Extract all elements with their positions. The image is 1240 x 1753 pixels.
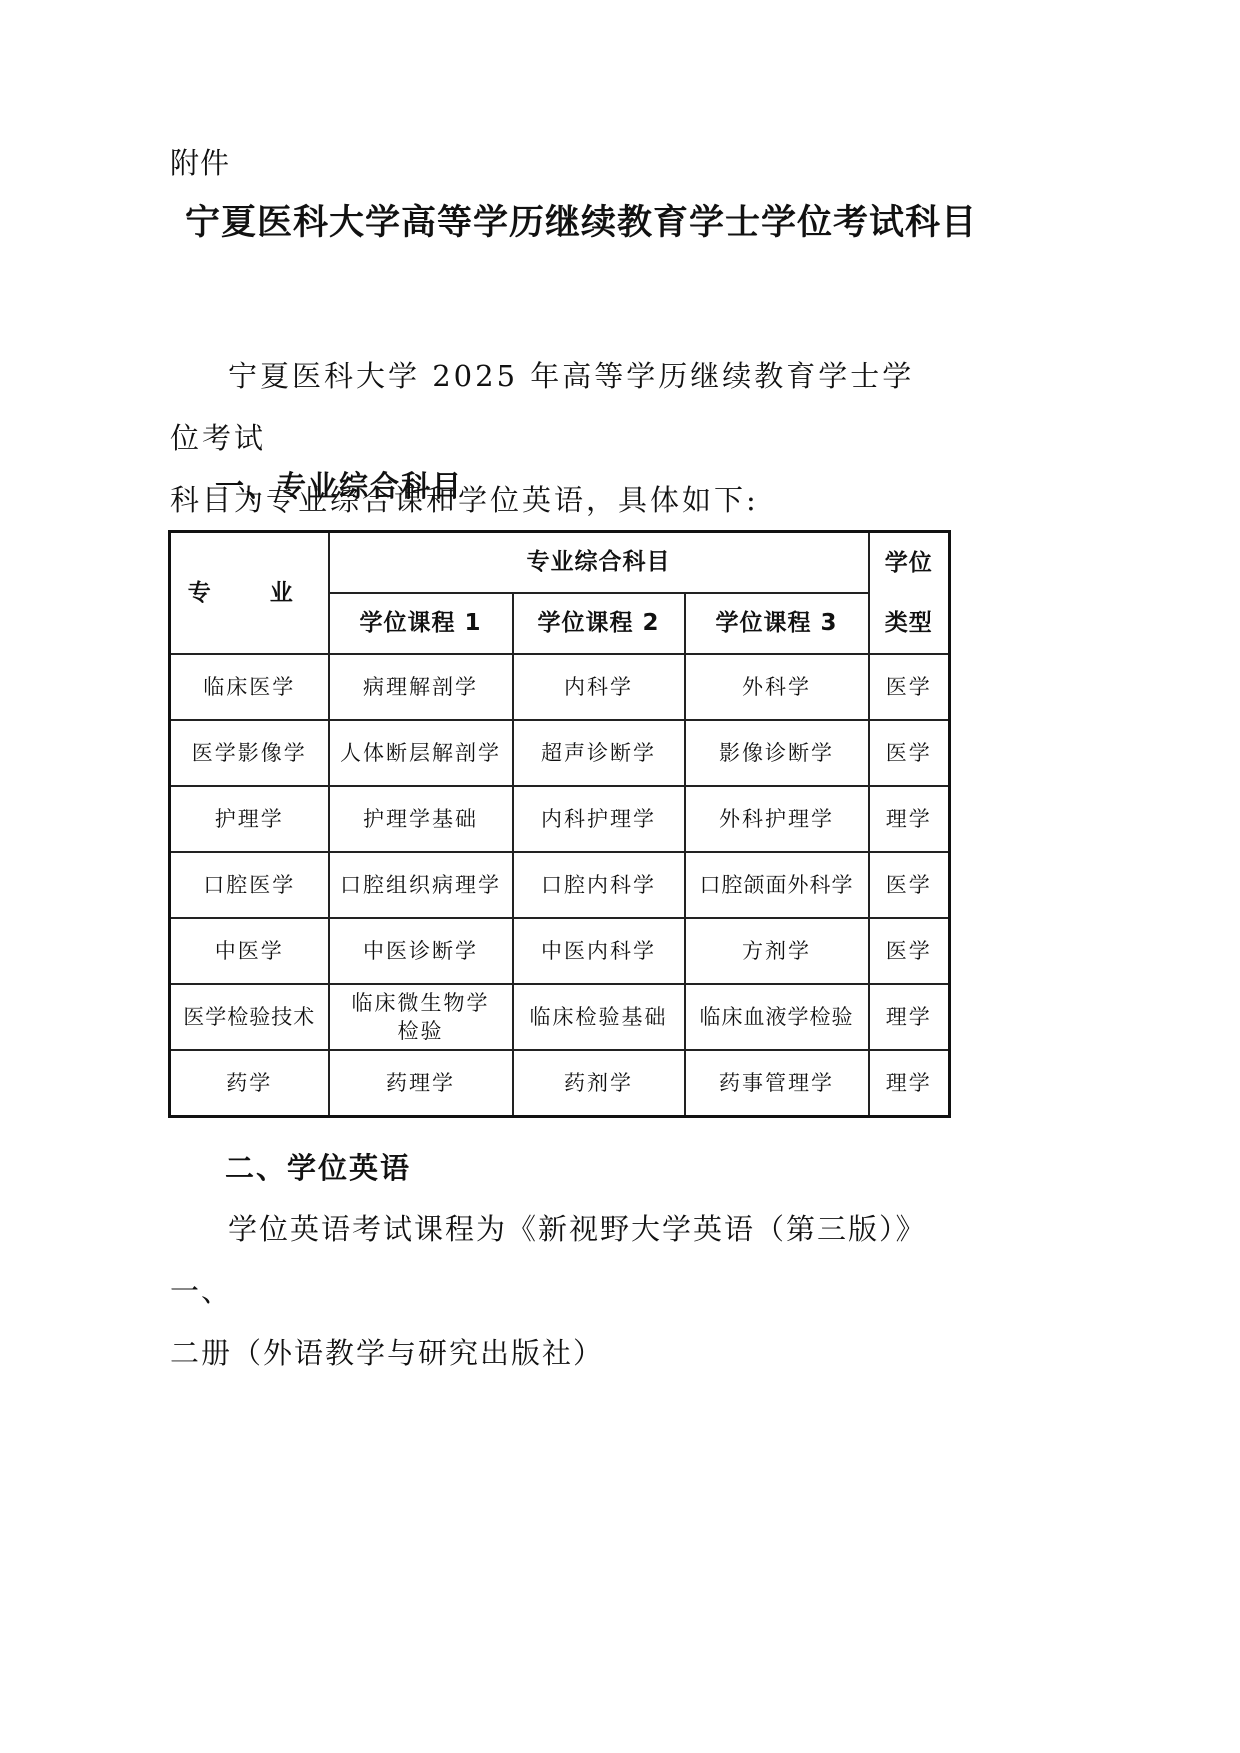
table-row: 临床医学 病理解剖学 内科学 外科学 医学 <box>170 654 950 720</box>
cell-course-3: 外科护理学 <box>685 786 869 852</box>
cell-course-1: 护理学基础 <box>329 786 513 852</box>
cell-course-3: 药事管理学 <box>685 1050 869 1116</box>
section-heading-english: 二、学位英语 <box>225 1148 411 1188</box>
document-title: 宁夏医科大学高等学历继续教育学士学位考试科目 <box>185 198 935 248</box>
cell-course-1: 临床微生物学检验 <box>329 984 513 1050</box>
cell-course-2: 超声诊断学 <box>513 720 685 786</box>
cell-course-1: 人体断层解剖学 <box>329 720 513 786</box>
header-degree-type-text: 学位类型 <box>883 533 934 653</box>
english-line-1: 学位英语考试课程为《新视野大学英语（第三版）》一、 <box>170 1212 927 1308</box>
header-course-3: 学位课程 3 <box>685 593 869 654</box>
cell-course-3: 临床血液学检验 <box>685 984 869 1050</box>
intro-line-1: 宁夏医科大学 2025 年高等学历继续教育学士学位考试 <box>170 359 914 455</box>
cell-course-2: 口腔内科学 <box>513 852 685 918</box>
table-row: 口腔医学 口腔组织病理学 口腔内科学 口腔颌面外科学 医学 <box>170 852 950 918</box>
cell-course-1: 病理解剖学 <box>329 654 513 720</box>
cell-course-2: 临床检验基础 <box>513 984 685 1050</box>
cell-course-3: 外科学 <box>685 654 869 720</box>
cell-course-1: 口腔组织病理学 <box>329 852 513 918</box>
cell-degree: 医学 <box>869 720 950 786</box>
section-heading-subjects: 一、专业综合科目 <box>215 466 463 506</box>
cell-course-2: 药剂学 <box>513 1050 685 1116</box>
cell-degree: 理学 <box>869 984 950 1050</box>
cell-course-1: 药理学 <box>329 1050 513 1116</box>
cell-course-3: 方剂学 <box>685 918 869 984</box>
cell-major: 中医学 <box>170 918 329 984</box>
header-course-group: 专业综合科目 <box>329 532 869 593</box>
cell-major: 护理学 <box>170 786 329 852</box>
cell-course-2: 内科学 <box>513 654 685 720</box>
cell-major: 临床医学 <box>170 654 329 720</box>
header-major: 专 业 <box>170 532 329 655</box>
table-row: 医学影像学 人体断层解剖学 超声诊断学 影像诊断学 医学 <box>170 720 950 786</box>
english-line-2: 二册（外语教学与研究出版社） <box>170 1336 604 1370</box>
cell-degree: 医学 <box>869 852 950 918</box>
table-row: 中医学 中医诊断学 中医内科学 方剂学 医学 <box>170 918 950 984</box>
cell-major: 口腔医学 <box>170 852 329 918</box>
table-header-row: 专 业 专业综合科目 学位类型 <box>170 532 950 593</box>
cell-course-1: 中医诊断学 <box>329 918 513 984</box>
cell-course-2: 内科护理学 <box>513 786 685 852</box>
cell-major: 医学检验技术 <box>170 984 329 1050</box>
cell-course-3: 影像诊断学 <box>685 720 869 786</box>
cell-major: 药学 <box>170 1050 329 1116</box>
cell-degree: 医学 <box>869 918 950 984</box>
document-page: 附件 宁夏医科大学高等学历继续教育学士学位考试科目 宁夏医科大学 2025 年高… <box>0 0 1240 1753</box>
attachment-label: 附件 <box>170 143 230 183</box>
cell-degree: 理学 <box>869 786 950 852</box>
header-course-2: 学位课程 2 <box>513 593 685 654</box>
table-row: 护理学 护理学基础 内科护理学 外科护理学 理学 <box>170 786 950 852</box>
cell-degree: 医学 <box>869 654 950 720</box>
header-course-1: 学位课程 1 <box>329 593 513 654</box>
table-row: 药学 药理学 药剂学 药事管理学 理学 <box>170 1050 950 1116</box>
cell-course-2: 中医内科学 <box>513 918 685 984</box>
english-paragraph: 学位英语考试课程为《新视野大学英语（第三版）》一、 二册（外语教学与研究出版社） <box>170 1198 940 1384</box>
cell-course-3: 口腔颌面外科学 <box>685 852 869 918</box>
header-degree-type: 学位类型 <box>869 532 950 655</box>
table-row: 医学检验技术 临床微生物学检验 临床检验基础 临床血液学检验 理学 <box>170 984 950 1050</box>
subjects-table: 专 业 专业综合科目 学位类型 学位课程 1 学位课程 2 学位课程 3 临床医… <box>168 530 951 1118</box>
cell-major: 医学影像学 <box>170 720 329 786</box>
cell-degree: 理学 <box>869 1050 950 1116</box>
